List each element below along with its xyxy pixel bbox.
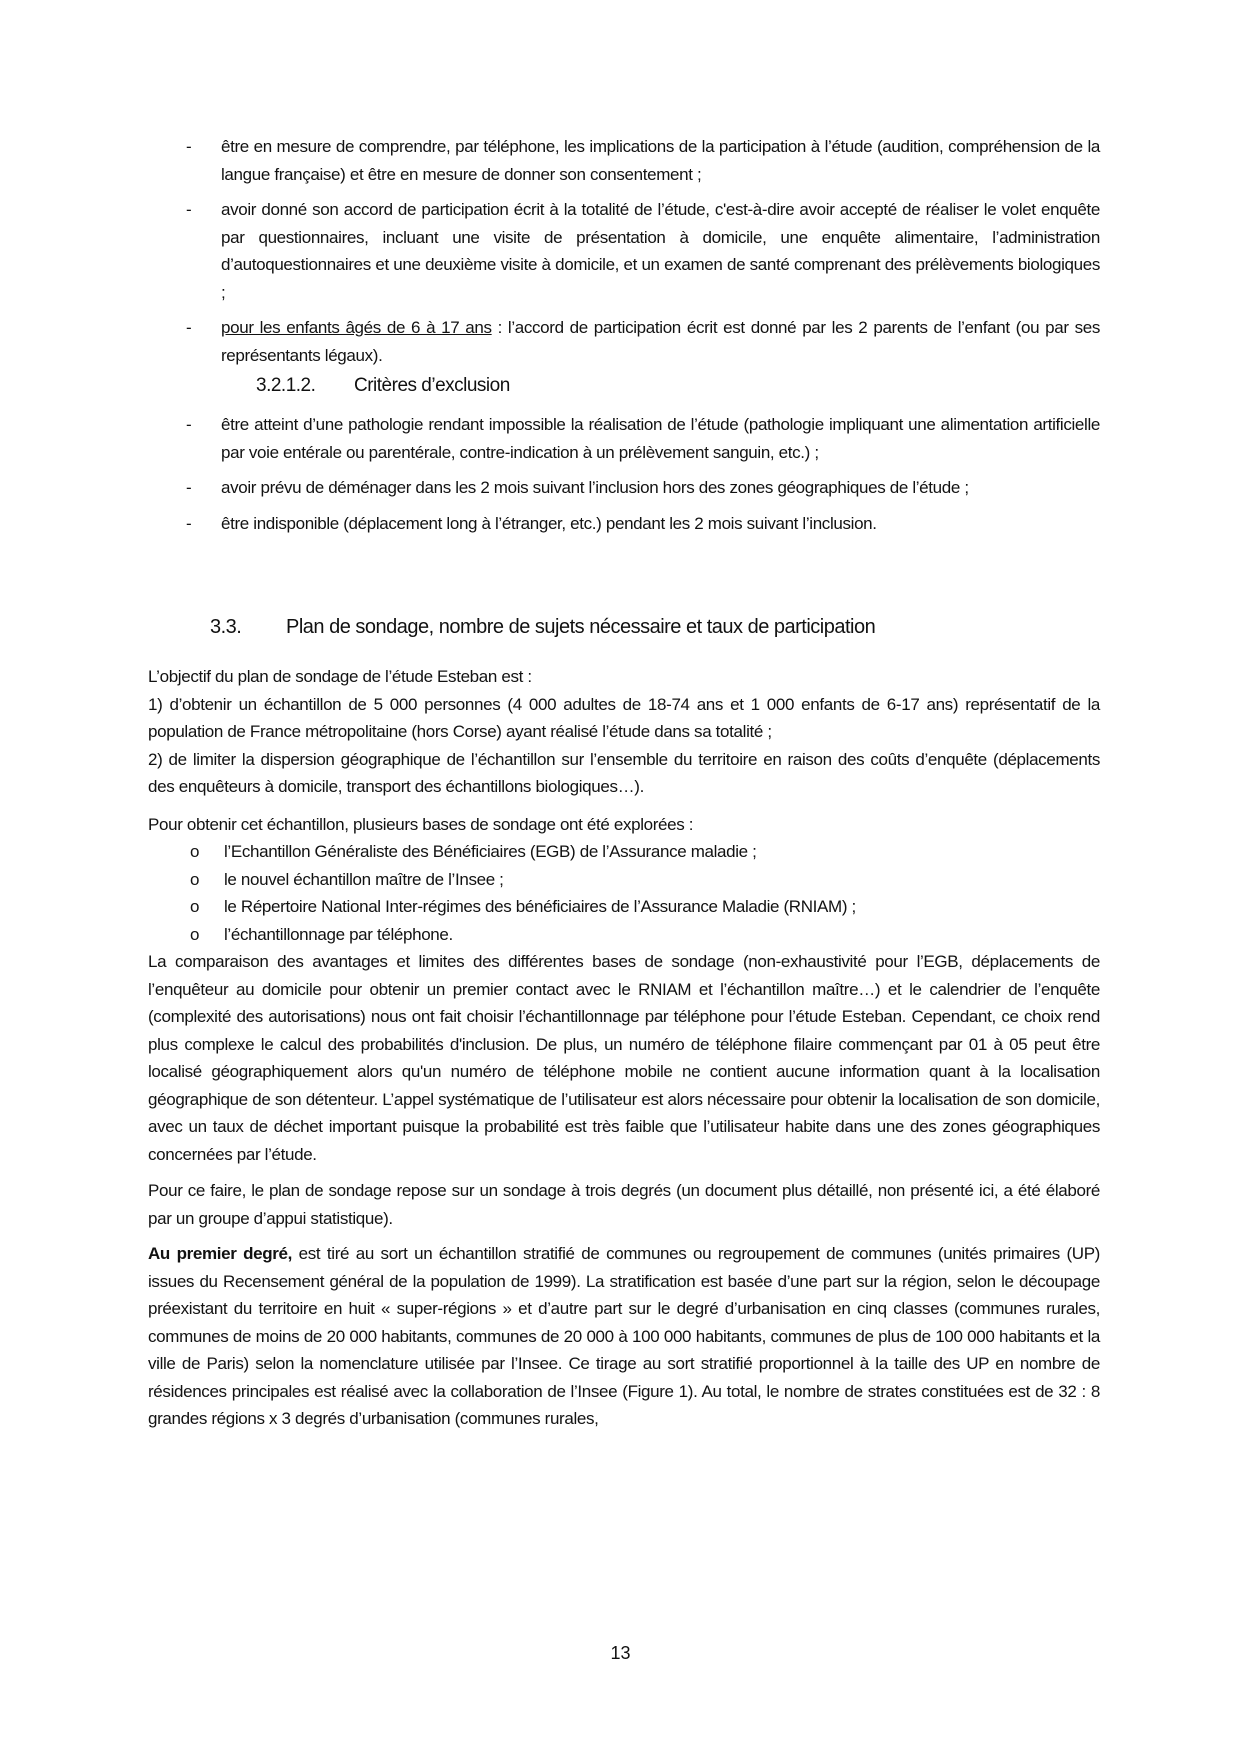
dash-bullet-icon: - xyxy=(186,196,191,224)
three-degrees-paragraph: Pour ce faire, le plan de sondage repose… xyxy=(148,1177,1100,1232)
sampling-bases-list: o l’Echantillon Généraliste des Bénéfici… xyxy=(148,838,1100,948)
dash-bullet-icon: - xyxy=(186,510,191,538)
bullet-text: le nouvel échantillon maître de l’Insee … xyxy=(224,870,504,889)
bullet-text: avoir prévu de déménager dans les 2 mois… xyxy=(221,478,969,497)
list-item: - pour les enfants âgés de 6 à 17 ans : … xyxy=(148,314,1100,369)
section-title: Plan de sondage, nombre de sujets nécess… xyxy=(286,616,875,638)
bases-intro: Pour obtenir cet échantillon, plusieurs … xyxy=(148,811,1100,839)
list-item: - être en mesure de comprendre, par télé… xyxy=(148,133,1100,188)
bullet-text: être atteint d’une pathologie rendant im… xyxy=(221,415,1100,462)
objectives-block: L’objectif du plan de sondage de l’étude… xyxy=(148,663,1100,801)
list-item: - avoir donné son accord de participatio… xyxy=(148,196,1100,306)
list-item: o le nouvel échantillon maître de l’Inse… xyxy=(148,866,1100,894)
objective-intro: L’objectif du plan de sondage de l’étude… xyxy=(148,663,1100,691)
bullet-text: être indisponible (déplacement long à l’… xyxy=(221,514,877,533)
dash-bullet-icon: - xyxy=(186,314,191,342)
dash-bullet-icon: - xyxy=(186,411,191,439)
bullet-text: l’échantillonnage par téléphone. xyxy=(224,925,453,944)
bullet-text: être en mesure de comprendre, par téléph… xyxy=(221,137,1100,184)
first-degree-label: Au premier degré, xyxy=(148,1244,292,1263)
inclusion-criteria-list: - être en mesure de comprendre, par télé… xyxy=(148,133,1100,377)
exclusion-criteria-list: - être atteint d’une pathologie rendant … xyxy=(148,411,1100,545)
circle-bullet-icon: o xyxy=(190,838,199,866)
bullet-text: avoir donné son accord de participation … xyxy=(221,200,1100,302)
list-item: o l’échantillonnage par téléphone. xyxy=(148,921,1100,949)
exclusion-criteria-heading: 3.2.1.2.Critères d’exclusion xyxy=(256,375,510,397)
section-number: 3.2.1.2. xyxy=(256,375,354,397)
dash-bullet-icon: - xyxy=(186,474,191,502)
section-title: Critères d’exclusion xyxy=(354,375,510,396)
section-number: 3.3. xyxy=(210,616,286,639)
objective-2: 2) de limiter la dispersion géographique… xyxy=(148,746,1100,801)
first-degree-paragraph: Au premier degré, est tiré au sort un éc… xyxy=(148,1240,1100,1433)
list-item: o le Répertoire National Inter-régimes d… xyxy=(148,893,1100,921)
dash-bullet-icon: - xyxy=(186,133,191,161)
document-page: - être en mesure de comprendre, par télé… xyxy=(0,0,1241,1755)
circle-bullet-icon: o xyxy=(190,866,199,894)
circle-bullet-icon: o xyxy=(190,893,199,921)
section-3-3-heading: 3.3.Plan de sondage, nombre de sujets né… xyxy=(210,616,875,639)
bullet-text: le Répertoire National Inter-régimes des… xyxy=(224,897,856,916)
children-condition-underlined: pour les enfants âgés de 6 à 17 ans xyxy=(221,318,492,337)
bullet-text: l’Echantillon Généraliste des Bénéficiai… xyxy=(224,842,757,861)
first-degree-text: est tiré au sort un échantillon stratifi… xyxy=(148,1244,1100,1428)
circle-bullet-icon: o xyxy=(190,921,199,949)
list-item: o l’Echantillon Généraliste des Bénéfici… xyxy=(148,838,1100,866)
comparison-paragraph: La comparaison des avantages et limites … xyxy=(148,948,1100,1168)
page-number: 13 xyxy=(0,1643,1241,1664)
objective-1: 1) d’obtenir un échantillon de 5 000 per… xyxy=(148,691,1100,746)
list-item: - avoir prévu de déménager dans les 2 mo… xyxy=(148,474,1100,502)
list-item: - être atteint d’une pathologie rendant … xyxy=(148,411,1100,466)
list-item: - être indisponible (déplacement long à … xyxy=(148,510,1100,538)
